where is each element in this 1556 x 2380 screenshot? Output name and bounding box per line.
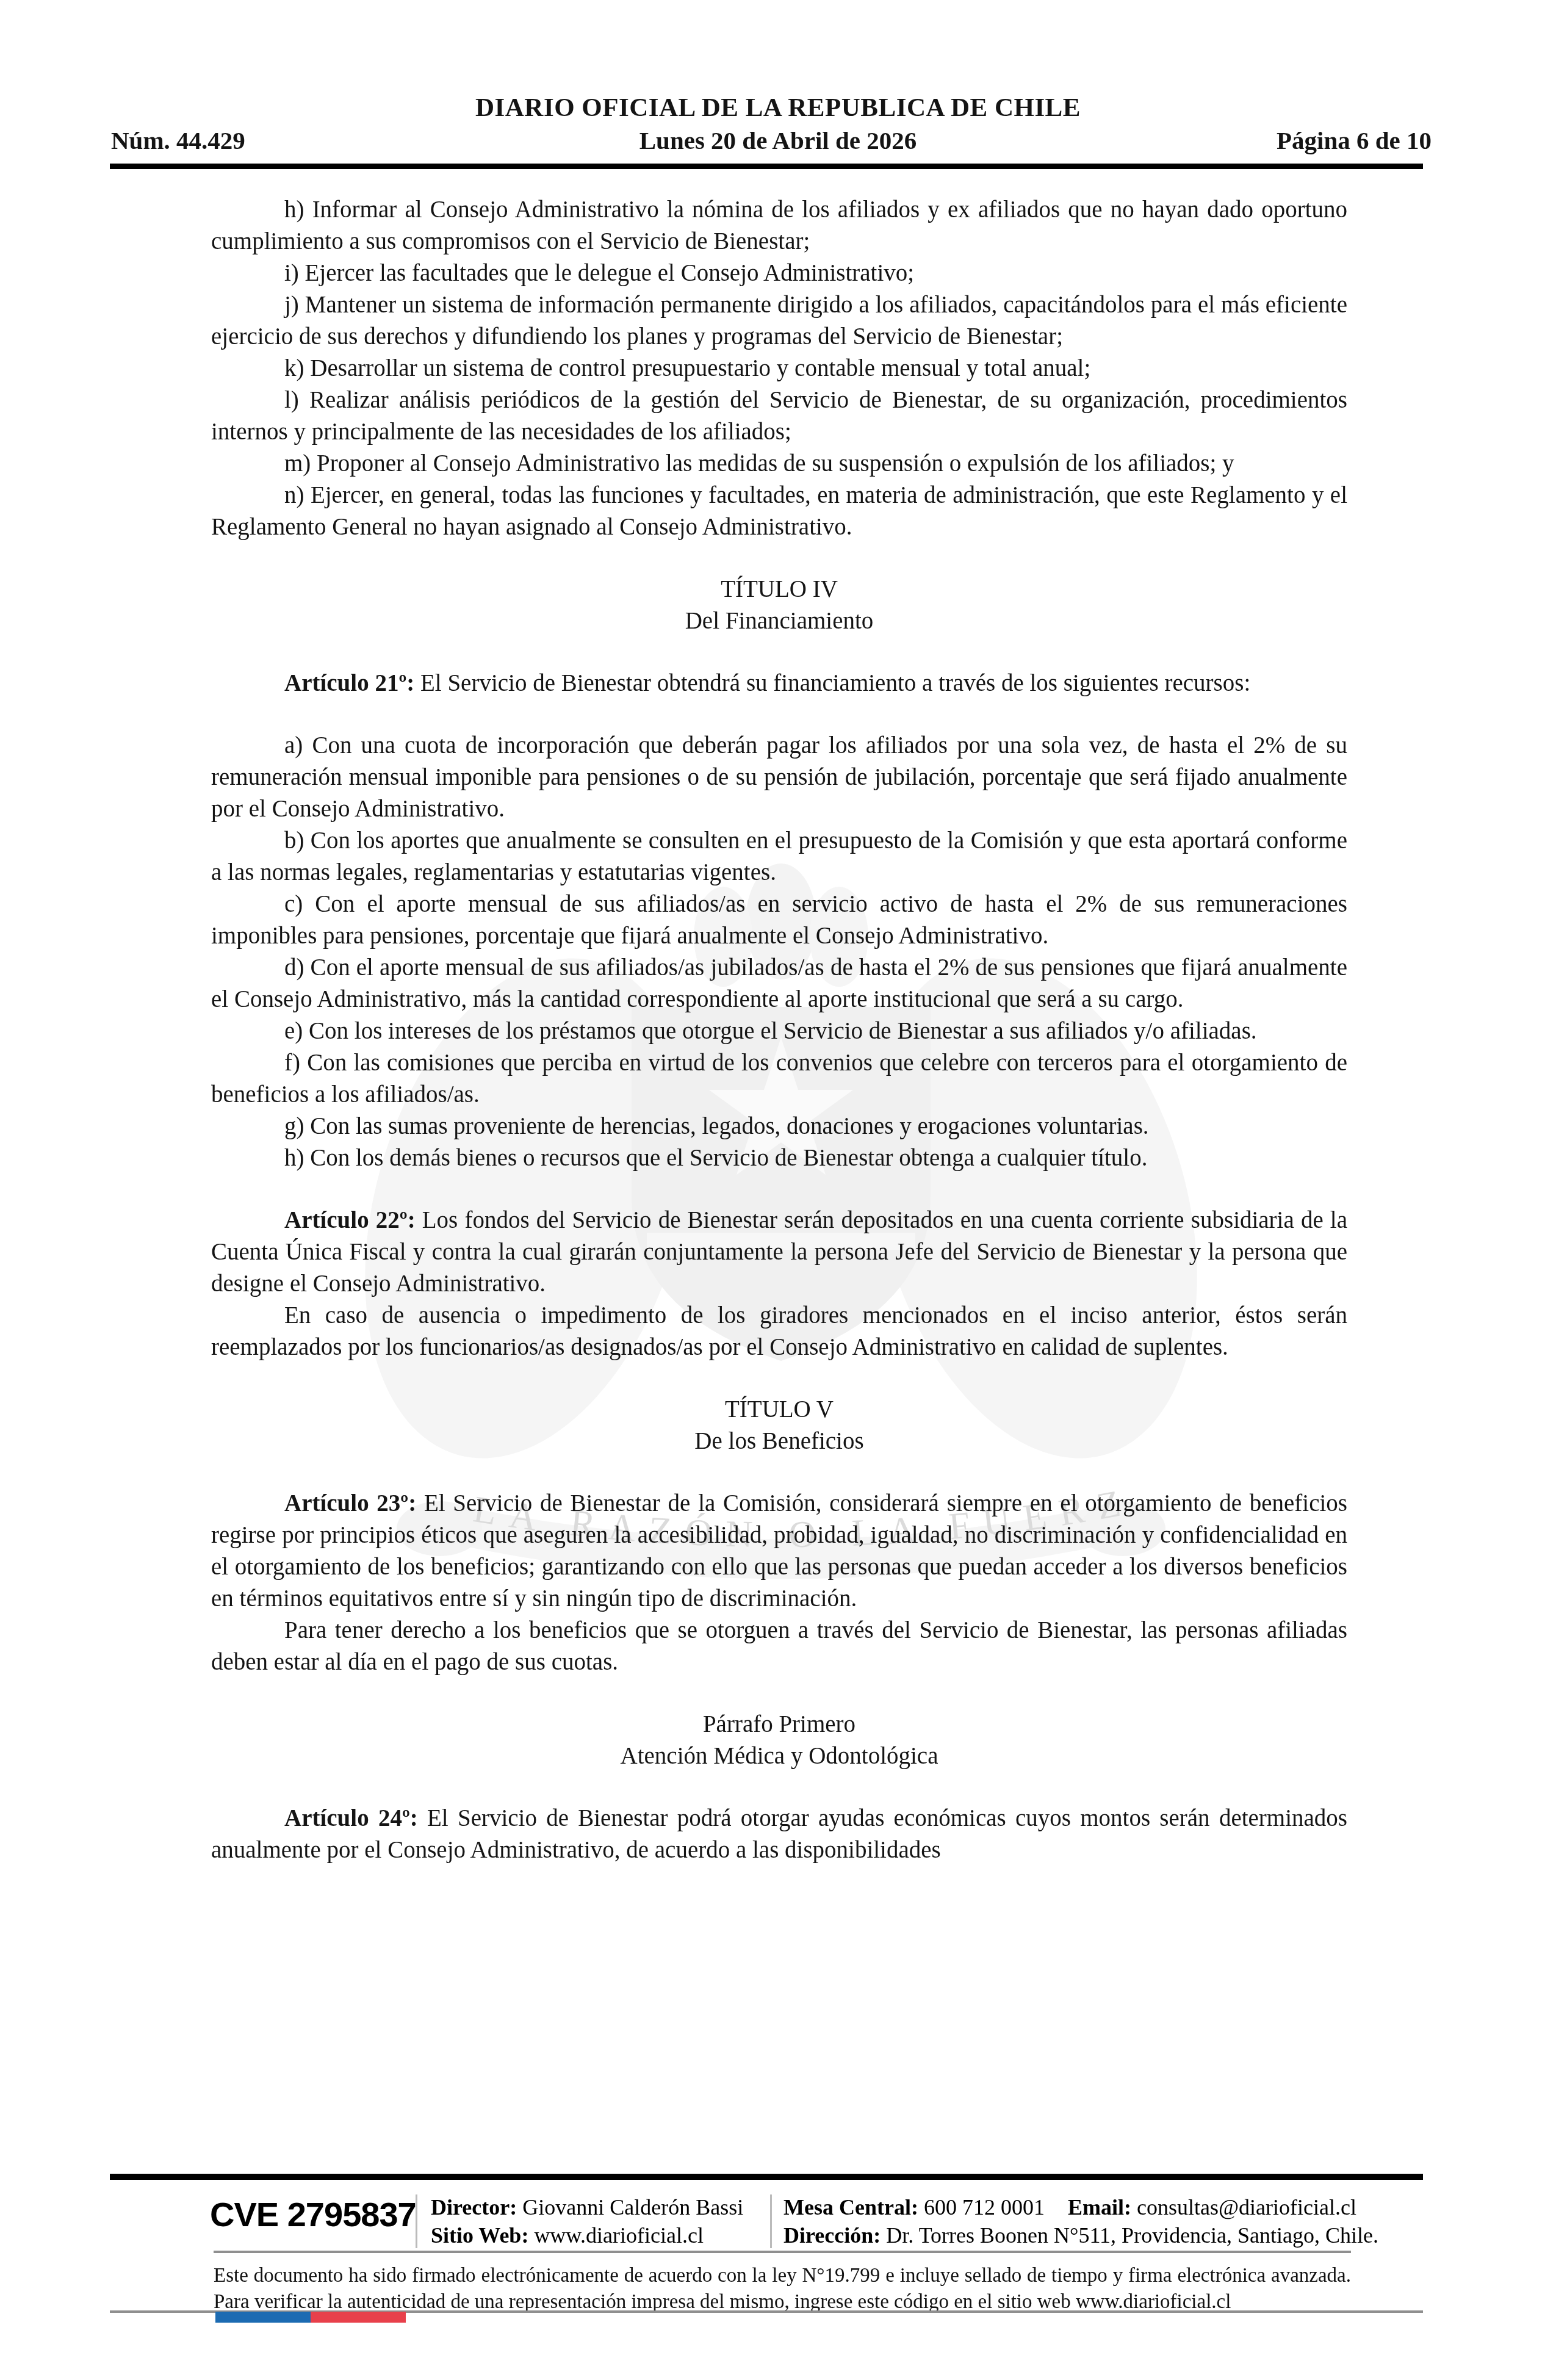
article-label: Artículo 22º: xyxy=(284,1207,416,1233)
text-run: f) Con las comisiones que perciba en vir… xyxy=(211,1050,1347,1108)
mesa-central-value: 600 712 0001 xyxy=(924,2195,1045,2220)
text-run: TÍTULO IV xyxy=(721,576,838,602)
section-heading: Del Financiamiento xyxy=(211,605,1347,637)
email-value: consultas@diarioficial.cl xyxy=(1137,2195,1356,2220)
footer-divider xyxy=(770,2194,772,2248)
text-run: l) Realizar análisis periódicos de la ge… xyxy=(211,387,1347,445)
paragraph: f) Con las comisiones que perciba en vir… xyxy=(211,1047,1347,1111)
director-line: Director: Giovanni Calderón Bassi xyxy=(431,2193,743,2221)
gazette-page: DIARIO OFICIAL DE LA REPUBLICA DE CHILE … xyxy=(0,0,1556,2380)
text-run: h) Informar al Consejo Administrativo la… xyxy=(211,197,1347,254)
text-run: a) Con una cuota de incorporación que de… xyxy=(211,732,1347,822)
direccion-label: Dirección: xyxy=(783,2223,881,2248)
text-run: g) Con las sumas proveniente de herencia… xyxy=(284,1113,1149,1139)
footer-contact-block: Mesa Central: 600 712 0001Email: consult… xyxy=(783,2193,1378,2249)
page-indicator: Página 6 de 10 xyxy=(1277,126,1432,155)
footer-top-rule xyxy=(110,2174,1423,2180)
paragraph: a) Con una cuota de incorporación que de… xyxy=(211,730,1347,825)
flag-red-bar xyxy=(311,2312,406,2323)
section-heading: Párrafo Primero xyxy=(211,1709,1347,1740)
signature-disclaimer: Este documento ha sido firmado electróni… xyxy=(214,2263,1351,2315)
text-run: Del Financiamiento xyxy=(685,608,874,634)
text-run: Párrafo Primero xyxy=(703,1711,855,1737)
sitio-web-value: www.diarioficial.cl xyxy=(534,2223,704,2248)
paragraph: j) Mantener un sistema de información pe… xyxy=(211,289,1347,353)
section-heading: Atención Médica y Odontológica xyxy=(211,1740,1347,1772)
gazette-title: DIARIO OFICIAL DE LA REPUBLICA DE CHILE xyxy=(0,93,1556,123)
footer-director-block: Director: Giovanni Calderón Bassi Sitio … xyxy=(431,2193,743,2249)
text-run: De los Beneficios xyxy=(694,1428,863,1454)
text-run: m) Proponer al Consejo Administrativo la… xyxy=(284,450,1234,477)
text-run: n) Ejercer, en general, todas las funcio… xyxy=(211,482,1347,540)
article-label: Artículo 24º: xyxy=(284,1805,418,1831)
text-run: El Servicio de Bienestar obtendrá su fin… xyxy=(414,670,1250,696)
section-heading: TÍTULO IV xyxy=(211,574,1347,605)
direccion-value: Dr. Torres Boonen N°511, Providencia, Sa… xyxy=(886,2223,1378,2248)
paragraph: Para tener derecho a los beneficios que … xyxy=(211,1615,1347,1678)
paragraph: g) Con las sumas proveniente de herencia… xyxy=(211,1111,1347,1142)
paragraph: i) Ejercer las facultades que le delegue… xyxy=(211,258,1347,289)
text-run: TÍTULO V xyxy=(725,1396,834,1423)
document-body: h) Informar al Consejo Administrativo la… xyxy=(211,194,1347,1866)
paragraph: En caso de ausencia o impedimento de los… xyxy=(211,1300,1347,1363)
paragraph: b) Con los aportes que anualmente se con… xyxy=(211,825,1347,889)
cve-code: CVE 2795837 xyxy=(210,2194,416,2234)
director-label: Director: xyxy=(431,2195,517,2220)
text-run: Para tener derecho a los beneficios que … xyxy=(211,1617,1347,1675)
flag-blue-bar xyxy=(215,2312,311,2323)
paragraph: Artículo 21º: El Servicio de Bienestar o… xyxy=(211,668,1347,699)
paragraph: h) Con los demás bienes o recursos que e… xyxy=(211,1142,1347,1174)
paragraph: Artículo 22º: Los fondos del Servicio de… xyxy=(211,1205,1347,1300)
text-run: b) Con los aportes que anualmente se con… xyxy=(211,828,1347,885)
paragraph: n) Ejercer, en general, todas las funcio… xyxy=(211,480,1347,543)
section-heading: TÍTULO V xyxy=(211,1394,1347,1426)
sitio-web-label: Sitio Web: xyxy=(431,2223,528,2248)
direccion-line: Dirección: Dr. Torres Boonen N°511, Prov… xyxy=(783,2221,1378,2249)
text-run: Atención Médica y Odontológica xyxy=(621,1743,938,1769)
paragraph: Artículo 23º: El Servicio de Bienestar d… xyxy=(211,1488,1347,1615)
paragraph: k) Desarrollar un sistema de control pre… xyxy=(211,353,1347,384)
director-value: Giovanni Calderón Bassi xyxy=(522,2195,743,2220)
mesa-central-line: Mesa Central: 600 712 0001Email: consult… xyxy=(783,2193,1378,2221)
text-run: j) Mantener un sistema de información pe… xyxy=(211,292,1347,350)
mesa-central-label: Mesa Central: xyxy=(783,2195,918,2220)
sitio-line: Sitio Web: www.diarioficial.cl xyxy=(431,2221,743,2249)
paragraph: h) Informar al Consejo Administrativo la… xyxy=(211,194,1347,258)
footer-divider xyxy=(416,2194,417,2248)
paragraph: m) Proponer al Consejo Administrativo la… xyxy=(211,448,1347,480)
paragraph: l) Realizar análisis periódicos de la ge… xyxy=(211,384,1347,448)
text-run: c) Con el aporte mensual de sus afiliado… xyxy=(211,891,1347,949)
text-run: h) Con los demás bienes o recursos que e… xyxy=(284,1145,1147,1171)
paragraph: c) Con el aporte mensual de sus afiliado… xyxy=(211,889,1347,952)
paragraph: e) Con los intereses de los préstamos qu… xyxy=(211,1015,1347,1047)
footer-middle-rule xyxy=(214,2251,1351,2253)
article-label: Artículo 23º: xyxy=(284,1490,416,1516)
text-run: i) Ejercer las facultades que le delegue… xyxy=(284,260,914,286)
article-label: Artículo 21º: xyxy=(284,670,414,696)
section-heading: De los Beneficios xyxy=(211,1426,1347,1457)
text-run: k) Desarrollar un sistema de control pre… xyxy=(284,355,1090,381)
header-rule xyxy=(110,164,1423,169)
paragraph: d) Con el aporte mensual de sus afiliado… xyxy=(211,952,1347,1015)
email-label: Email: xyxy=(1068,2195,1131,2220)
text-run: En caso de ausencia o impedimento de los… xyxy=(211,1302,1347,1360)
paragraph: Artículo 24º: El Servicio de Bienestar p… xyxy=(211,1803,1347,1866)
text-run: d) Con el aporte mensual de sus afiliado… xyxy=(211,954,1347,1012)
text-run: e) Con los intereses de los préstamos qu… xyxy=(284,1018,1257,1044)
